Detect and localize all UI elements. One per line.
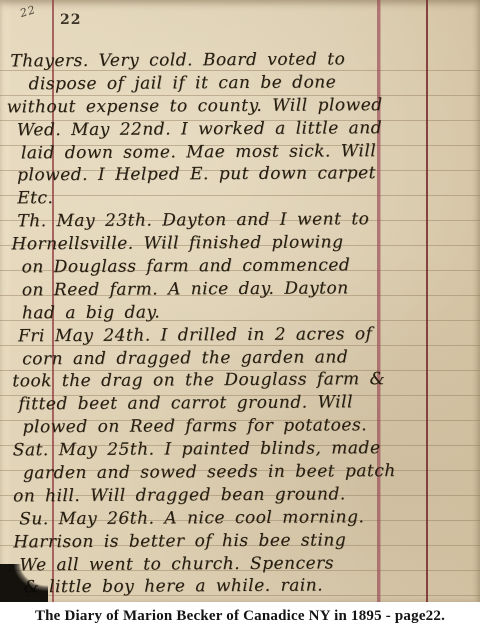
diary-line: corn and dragged the garden and — [8, 345, 474, 371]
page-number-printed: 22 — [60, 12, 81, 28]
diary-line: without expense to county. Will plowed — [7, 93, 473, 119]
caption: The Diary of Marion Becker of Canadice N… — [0, 602, 480, 630]
diary-scan-image: 22 22 Thayers. Very cold. Board voted to… — [0, 0, 480, 630]
diary-line: Fri May 24th. I drilled in 2 acres of — [8, 322, 474, 348]
diary-line: garden and sowed seeds in beet patch — [9, 460, 475, 486]
diary-line: laid down some. Mae most sick. Will — [7, 139, 473, 165]
diary-line: fitted beet and carrot ground. Will — [8, 391, 474, 417]
diary-line: plowed on Reed farms for potatoes. — [9, 414, 475, 440]
diary-line: on Douglass farm and commenced — [8, 254, 474, 280]
diary-line: Thayers. Very cold. Board voted to — [6, 48, 472, 74]
diary-line: & little boy here a while. rain. — [10, 574, 476, 600]
diary-line: Hornellsville. Will finished plowing — [7, 231, 473, 257]
diary-line: dispose of jail if it can be done — [6, 70, 472, 96]
diary-line: We all went to church. Spencers — [9, 551, 475, 577]
diary-entry-text: Thayers. Very cold. Board voted to dispo… — [6, 48, 475, 600]
diary-line: Su. May 26th. A nice cool morning. — [9, 505, 475, 531]
diary-line: Th. May 23th. Dayton and I went to — [7, 208, 473, 234]
page-corner-shadow — [0, 564, 48, 602]
diary-line: Wed. May 22nd. I worked a little and — [7, 116, 473, 142]
diary-line: plowed. I Helped E. put down carpet — [7, 162, 473, 188]
diary-line: on hill. Will dragged bean ground. — [9, 482, 475, 508]
diary-line: had a big day. — [8, 299, 474, 325]
diary-line: on Reed farm. A nice day. Dayton — [8, 276, 474, 302]
diary-line: took the drag on the Douglass farm & — [8, 368, 474, 394]
diary-line: Etc. — [7, 185, 473, 211]
diary-line: Harrison is better of his bee sting — [9, 528, 475, 554]
diary-line: Sat. May 25th. I painted blinds, made — [9, 437, 475, 463]
